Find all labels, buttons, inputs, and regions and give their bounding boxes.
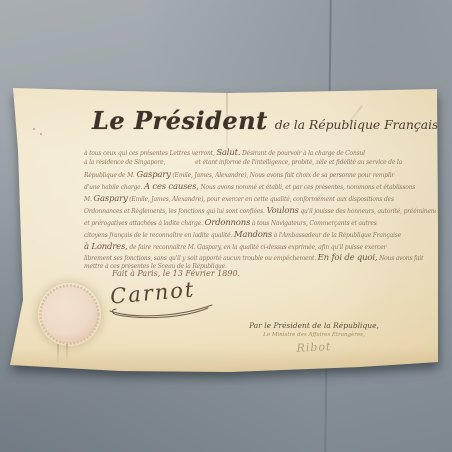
paper-shadow: Le Présidentde la République Française, … (0, 0, 452, 452)
body-line: Ordonnances et Règlements, les fonctions… (84, 206, 436, 217)
photo-of-document: Le Présidentde la République Française, … (0, 0, 452, 452)
body-line: citoyens français de le reconnaître en l… (84, 230, 436, 241)
body-line: République de M. Gaspary (Emile, James, … (84, 170, 436, 181)
body-line: à Londres, de faire reconnaître M. Gaspa… (84, 242, 436, 253)
title-republique: de la République Française, (275, 117, 450, 132)
body-line: à la résidence de Singapore,et étant inf… (84, 159, 436, 170)
countersign-minister: Le Ministre des Affaires Étrangères, (248, 332, 380, 338)
seal-stain (57, 344, 59, 366)
paper-speck (33, 128, 35, 130)
paper-speck (40, 133, 42, 135)
countersign-block: Par le Président de la République, Le Mi… (248, 321, 380, 354)
body-line: d'une habile charge. À ces causes, Nous … (84, 182, 436, 193)
body-line: à tous ceux qui ces présentes Lettres ve… (84, 148, 436, 159)
body-line: M. Gaspary (Emile, James, Alexandre), po… (84, 194, 436, 205)
paper-seal (38, 283, 101, 346)
signature-flourish (104, 299, 234, 319)
body-line: et prérogatives attachées à ladite charg… (84, 218, 436, 229)
countersign-title: Par le Président de la République, (248, 321, 380, 330)
document-title: Le Présidentde la République Française, (92, 106, 449, 135)
document-paper: Le Présidentde la République Française, … (0, 0, 452, 452)
title-president: Le Président (92, 106, 268, 135)
seal-stain (66, 344, 68, 361)
